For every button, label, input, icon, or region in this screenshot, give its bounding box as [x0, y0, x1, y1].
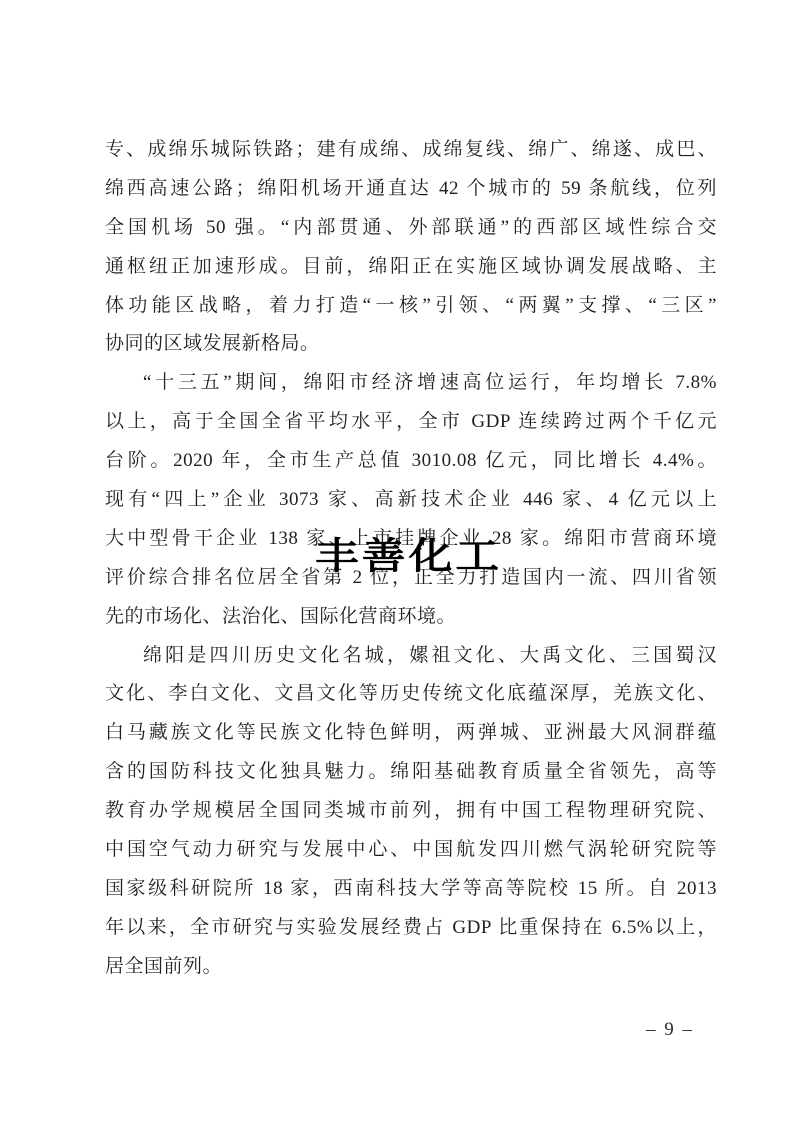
text-line: 年以来，全市研究与实验发展经费占 GDP 比重保持在 6.5%以上，	[105, 909, 717, 948]
text-line: 体功能区战略，着力打造“一核”引领、“两翼”支撑、“三区”	[105, 287, 717, 326]
text-line: 以上，高于全国全省平均水平，全市 GDP 连续跨过两个千亿元	[105, 403, 717, 442]
page-number: – 9 –	[646, 1017, 694, 1043]
text-line: 绵西高速公路；绵阳机场开通直达 42 个城市的 59 条航线，位列	[105, 170, 717, 209]
text-line: “十三五”期间，绵阳市经济增速高位运行，年均增长 7.8%	[105, 364, 717, 403]
text-line: 文化、李白文化、文昌文化等历史传统文化底蕴深厚，羌族文化、	[105, 675, 717, 714]
text-line: 白马藏族文化等民族文化特色鲜明，两弹城、亚洲最大风洞群蕴	[105, 714, 717, 753]
text-line: 通枢纽正加速形成。目前，绵阳正在实施区域协调发展战略、主	[105, 248, 717, 287]
text-line: 专、成绵乐城际铁路；建有成绵、成绵复线、绵广、绵遂、成巴、	[105, 131, 717, 170]
text-line: 含的国防科技文化独具魅力。绵阳基础教育质量全省领先，高等	[105, 753, 717, 792]
text-line: 中国空气动力研究与发展中心、中国航发四川燃气涡轮研究院等	[105, 831, 717, 870]
text-line: 先的市场化、法治化、国际化营商环境。	[105, 598, 717, 637]
text-line: 居全国前列。	[105, 948, 717, 987]
text-line: 全国机场 50 强。“内部贯通、外部联通”的西部区域性综合交	[105, 209, 717, 248]
text-line: 现有“四上”企业 3073 家、高新技术企业 446 家、4 亿元以上	[105, 481, 717, 520]
text-line: 国家级科研院所 18 家，西南科技大学等高等院校 15 所。自 2013	[105, 870, 717, 909]
document-page: 专、成绵乐城际铁路；建有成绵、成绵复线、绵广、绵遂、成巴、 绵西高速公路；绵阳机…	[0, 0, 793, 1122]
watermark-text: 丰善化工	[315, 537, 502, 576]
text-line: 协同的区域发展新格局。	[105, 325, 717, 364]
text-line: 教育办学规模居全国同类城市前列，拥有中国工程物理研究院、	[105, 792, 717, 831]
text-line: 台阶。2020 年，全市生产总值 3010.08 亿元，同比增长 4.4%。	[105, 442, 717, 481]
text-line: 绵阳是四川历史文化名城，嫘祖文化、大禹文化、三国蜀汉	[105, 637, 717, 676]
